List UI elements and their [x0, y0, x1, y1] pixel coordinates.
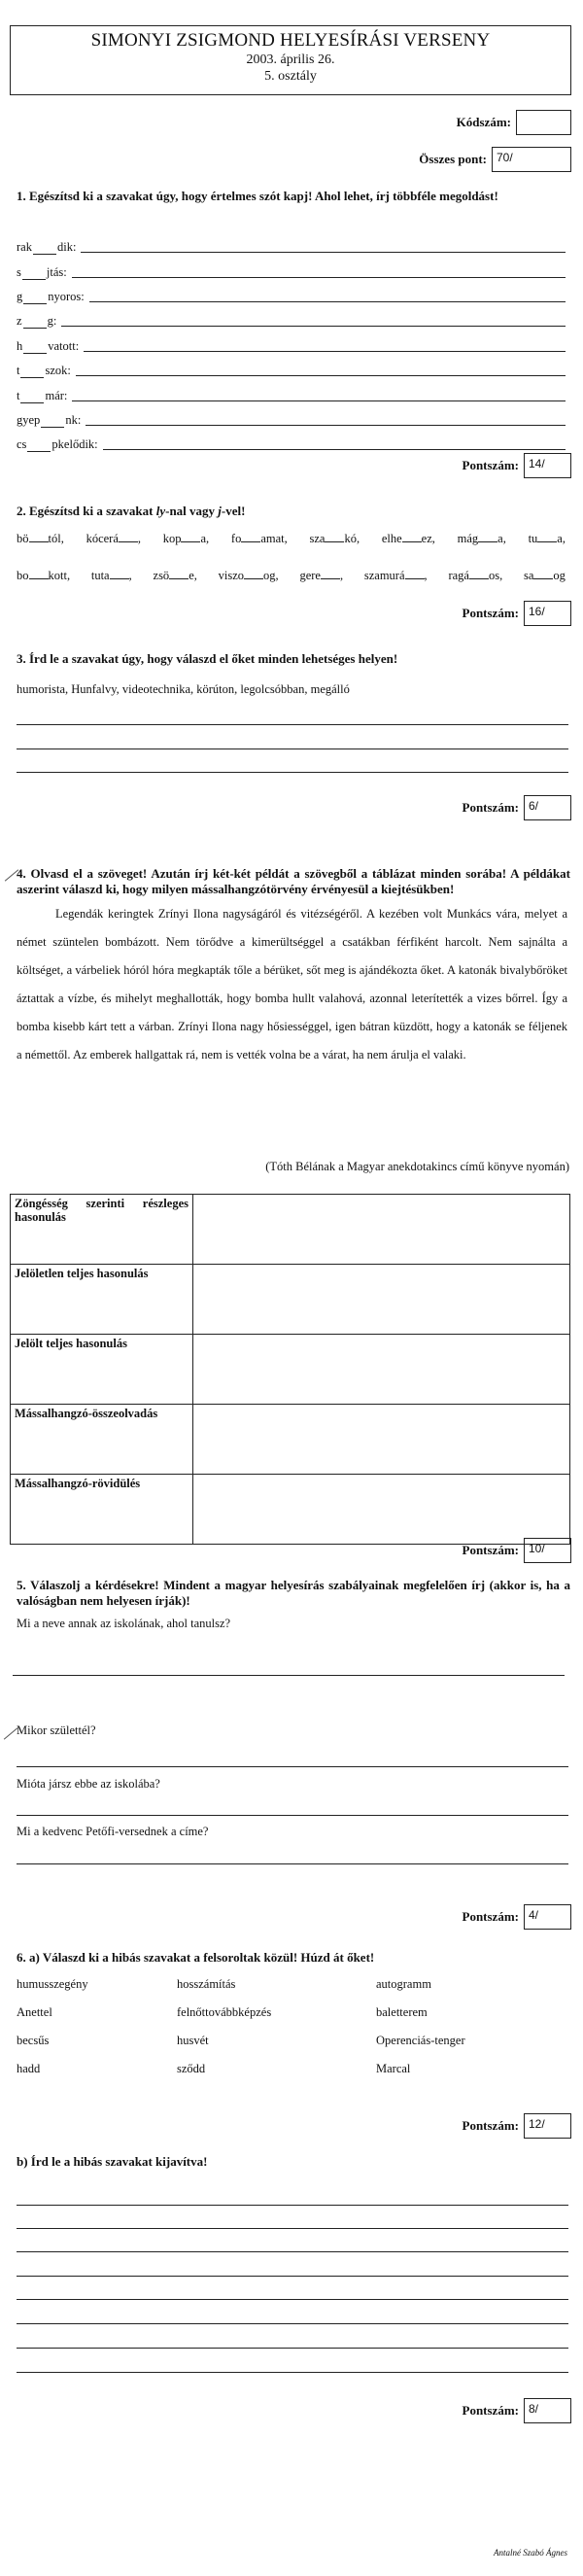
total-score-row: Összes pont: 70/ [419, 148, 571, 171]
q2-score-label: Pontszám: [463, 606, 520, 621]
q6a-word[interactable]: husvét [177, 2034, 209, 2048]
law-label: Mássalhangzó-összeolvadás [11, 1405, 193, 1475]
q1-item-suffix: már: [45, 389, 67, 403]
q5-answer-line-2[interactable] [17, 1766, 568, 1767]
q2-row-2: bokott,tuta,zsöe,viszoog,gere,szamurá,ra… [17, 569, 566, 583]
q1-item-prefix: s [17, 265, 21, 280]
q2-blank[interactable] [241, 532, 260, 542]
contest-date: 2003. április 26. [11, 52, 570, 68]
q1-item: sjtás: [17, 262, 566, 280]
table-row: Mássalhangzó-rövidülés [11, 1475, 570, 1545]
q5-question-2: Mikor születtél? [17, 1723, 96, 1738]
examples-cell[interactable] [193, 1475, 570, 1545]
q4-score-row: Pontszám: 10/ [463, 1539, 572, 1562]
q1-item-suffix: g: [48, 314, 57, 329]
code-number-field[interactable] [516, 110, 571, 135]
law-label: Jelöletlen teljes hasonulás [11, 1265, 193, 1335]
q6a-word[interactable]: Anettel [17, 2005, 52, 2020]
q6a-word[interactable]: hosszámítás [177, 1977, 235, 1992]
q3-score-row: Pontszám: 6/ [463, 796, 572, 819]
q2-word: tua, [529, 532, 566, 546]
q1-item-prefix: gyep [17, 413, 40, 428]
q4-score-field[interactable]: 10/ [524, 1538, 571, 1563]
q1-title: 1. Egészítsd ki a szavakat úgy, hogy ért… [17, 189, 570, 204]
q6b-answer-line-6[interactable] [17, 2323, 568, 2324]
q6b-answer-line-1[interactable] [17, 2205, 568, 2206]
q1-item-answer-line[interactable] [81, 252, 566, 253]
q6b-score-row: Pontszám: 8/ [463, 2399, 572, 2422]
q1-item-prefix: t [17, 389, 19, 403]
q1-item-blank[interactable] [23, 292, 47, 304]
q3-answer-line-3[interactable] [17, 772, 568, 773]
q1-item-suffix: dik: [57, 240, 76, 255]
q4-table: Zöngésség szerinti részleges hasonulásJe… [10, 1194, 570, 1545]
q5-question-4: Mi a kedvenc Petőfi-versednek a címe? [17, 1825, 209, 1839]
q6a-word[interactable]: humusszegény [17, 1977, 88, 1992]
q1-item-answer-line[interactable] [89, 301, 566, 302]
q5-question-3: Mióta jársz ebbe az iskolába? [17, 1777, 160, 1792]
q2-blank[interactable] [181, 532, 200, 542]
q2-blank[interactable] [533, 569, 553, 579]
q2-blank[interactable] [110, 569, 129, 579]
table-row: Jelöletlen teljes hasonulás [11, 1265, 570, 1335]
q2-word: elheez, [382, 532, 435, 546]
q1-item: cspkelődik: [17, 435, 566, 452]
q1-item-prefix: g [17, 290, 22, 304]
q6b-score-label: Pontszám: [463, 2403, 520, 2419]
q6a-word[interactable]: Marcal [376, 2062, 410, 2076]
q6a-word[interactable]: becsűs [17, 2034, 49, 2048]
q1-item-prefix: t [17, 364, 19, 378]
q1-item-answer-line[interactable] [84, 351, 566, 352]
q4-reading-text: Legendák keringtek Zrínyi Ilona nagyságá… [17, 900, 567, 1069]
q2-word: bötól, [17, 532, 64, 546]
q2-word: foamat, [231, 532, 288, 546]
q6b-answer-line-8[interactable] [17, 2372, 568, 2373]
contest-grade: 5. osztály [11, 69, 570, 85]
q6a-word-grid: humusszegényhosszámításautogrammAnettelf… [17, 1977, 570, 2094]
q6a-score-label: Pontszám: [463, 2118, 520, 2134]
q2-blank[interactable] [321, 569, 340, 579]
q5-answer-line-3[interactable] [17, 1815, 568, 1816]
q6a-word[interactable]: Operenciás-tenger [376, 2034, 465, 2048]
q6a-word[interactable]: autogramm [376, 1977, 431, 1992]
q2-blank[interactable] [402, 532, 422, 542]
q5-title: 5. Válaszolj a kérdésekre! Mindent a mag… [17, 1578, 570, 1609]
q1-item: hvatott: [17, 336, 566, 354]
q1-item-blank[interactable] [23, 341, 47, 354]
contest-header: SIMONYI ZSIGMOND HELYESÍRÁSI VERSENY 200… [10, 25, 571, 95]
law-label: Zöngésség szerinti részleges hasonulás [11, 1195, 193, 1265]
q5-answer-line-4[interactable] [17, 1863, 568, 1864]
q2-blank[interactable] [29, 569, 49, 579]
q1-item-blank[interactable] [22, 267, 46, 280]
q1-item-prefix: cs [17, 437, 26, 452]
table-row: Jelölt teljes hasonulás [11, 1335, 570, 1405]
q2-blank[interactable] [169, 569, 189, 579]
q5-question-1: Mi a neve annak az iskolának, ahol tanul… [17, 1617, 230, 1631]
q6a-score-row: Pontszám: 12/ [463, 2114, 572, 2138]
q1-item: zg: [17, 311, 566, 329]
q1-score-row: Pontszám: 14/ [463, 454, 572, 477]
q3-answer-line-1[interactable] [17, 724, 568, 725]
q1-item-blank[interactable] [20, 366, 44, 378]
q3-score-label: Pontszám: [463, 800, 520, 816]
q2-word: zsöe, [154, 569, 197, 583]
q2-title: 2. Egészítsd ki a szavakat ly-nal vagy j… [17, 504, 570, 519]
q2-blank[interactable] [244, 569, 263, 579]
q6a-word[interactable]: sződd [177, 2062, 205, 2076]
q6a-title: 6. a) Válaszd ki a hibás szavakat a fels… [17, 1950, 570, 1966]
q2-blank[interactable] [119, 532, 138, 542]
law-label: Mássalhangzó-rövidülés [11, 1475, 193, 1545]
q6b-answer-line-4[interactable] [17, 2276, 568, 2277]
q1-item-answer-line[interactable] [86, 425, 566, 426]
table-row: Zöngésség szerinti részleges hasonulás [11, 1195, 570, 1265]
q2-word: kócerá, [86, 532, 141, 546]
q6b-answer-line-3[interactable] [17, 2251, 568, 2252]
q2-word: mága, [458, 532, 506, 546]
q6b-answer-line-2[interactable] [17, 2228, 568, 2229]
q1-item-prefix: h [17, 339, 22, 354]
q1-item-answer-line[interactable] [103, 449, 566, 450]
q2-score-field[interactable]: 16/ [524, 601, 571, 626]
q1-item-blank[interactable] [33, 242, 56, 255]
q2-word: viszoog, [219, 569, 279, 583]
q1-item-suffix: nyoros: [48, 290, 85, 304]
examples-cell[interactable] [193, 1195, 570, 1265]
q5-score-row: Pontszám: 4/ [463, 1905, 572, 1929]
q1-item-suffix: nk: [65, 413, 81, 428]
q1-score-label: Pontszám: [463, 458, 520, 473]
code-number-row: Kódszám: [457, 111, 571, 134]
q1-item-answer-line[interactable] [72, 400, 566, 401]
q2-word: ragáos, [448, 569, 502, 583]
q3-answer-line-2[interactable] [17, 748, 568, 749]
q1-item-suffix: pkelődik: [51, 437, 97, 452]
q2-word: szamurá, [364, 569, 428, 583]
q2-word: bokott, [17, 569, 70, 583]
examples-cell[interactable] [193, 1405, 570, 1475]
author-signature: Antalné Szabó Ágnes [494, 2548, 567, 2558]
law-label: Jelölt teljes hasonulás [11, 1335, 193, 1405]
q2-blank[interactable] [405, 569, 425, 579]
q4-score-label: Pontszám: [463, 1543, 520, 1558]
q1-item-blank[interactable] [27, 439, 51, 452]
q4-source: (Tóth Bélának a Magyar anekdotakincs cím… [265, 1160, 569, 1174]
q5-answer-line-1[interactable] [13, 1675, 565, 1676]
code-number-label: Kódszám: [457, 115, 511, 130]
q6b-score-field[interactable]: 8/ [524, 2398, 571, 2423]
q3-score-field[interactable]: 6/ [524, 795, 571, 820]
q1-item-blank[interactable] [20, 391, 44, 403]
q2-blank[interactable] [478, 532, 497, 542]
q1-item-prefix: z [17, 314, 22, 329]
q2-blank[interactable] [469, 569, 489, 579]
q2-word: szakó, [309, 532, 360, 546]
q4-title: 4. Olvasd el a szöveget! Azután írj két-… [17, 866, 570, 897]
q1-item-answer-line[interactable] [72, 277, 566, 278]
q1-item-answer-line[interactable] [76, 375, 566, 376]
q2-word: kopa, [163, 532, 209, 546]
q1-score-field[interactable]: 14/ [524, 453, 571, 478]
q1-item-suffix: jtás: [47, 265, 67, 280]
contest-title: SIMONYI ZSIGMOND HELYESÍRÁSI VERSENY [11, 30, 570, 52]
examples-cell[interactable] [193, 1335, 570, 1405]
q6a-word[interactable]: baletterem [376, 2005, 428, 2020]
q1-item-suffix: szok: [45, 364, 70, 378]
q1-item-suffix: vatott: [48, 339, 79, 354]
q3-title: 3. Írd le a szavakat úgy, hogy válaszd e… [17, 651, 570, 667]
q1-item-blank[interactable] [41, 415, 64, 428]
q6a-word[interactable]: felnőttovábbképzés [177, 2005, 271, 2020]
q6b-answer-line-7[interactable] [17, 2348, 568, 2349]
q1-item: tmár: [17, 386, 566, 403]
q6b-answer-line-5[interactable] [17, 2299, 568, 2300]
q2-row-1: bötól,kócerá,kopa,foamat,szakó,elheez,má… [17, 532, 566, 546]
q1-item-answer-line[interactable] [61, 326, 566, 327]
examples-cell[interactable] [193, 1265, 570, 1335]
q5-score-field[interactable]: 4/ [524, 1904, 571, 1930]
q1-item: tszok: [17, 361, 566, 378]
total-score-field[interactable]: 70/ [492, 147, 571, 172]
q2-score-row: Pontszám: 16/ [463, 602, 572, 625]
q1-item: gnyoros: [17, 287, 566, 304]
q1-item: rakdik: [17, 237, 566, 255]
q2-blank[interactable] [325, 532, 344, 542]
q2-blank[interactable] [29, 532, 49, 542]
q2-blank[interactable] [537, 532, 557, 542]
q1-item-blank[interactable] [23, 316, 47, 329]
total-score-label: Összes pont: [419, 152, 487, 167]
q2-word: gere, [299, 569, 343, 583]
q6b-title: b) Írd le a hibás szavakat kijavítva! [17, 2154, 570, 2170]
q3-words: humorista, Hunfalvy, videotechnika, körú… [17, 682, 350, 697]
table-row: Mássalhangzó-összeolvadás [11, 1405, 570, 1475]
q2-word: saog [524, 569, 566, 583]
q2-word: tuta, [91, 569, 132, 583]
q1-item: gyepnk: [17, 410, 566, 428]
q6a-score-field[interactable]: 12/ [524, 2113, 571, 2139]
q1-item-prefix: rak [17, 240, 32, 255]
q6a-word[interactable]: hadd [17, 2062, 40, 2076]
q5-score-label: Pontszám: [463, 1909, 520, 1925]
